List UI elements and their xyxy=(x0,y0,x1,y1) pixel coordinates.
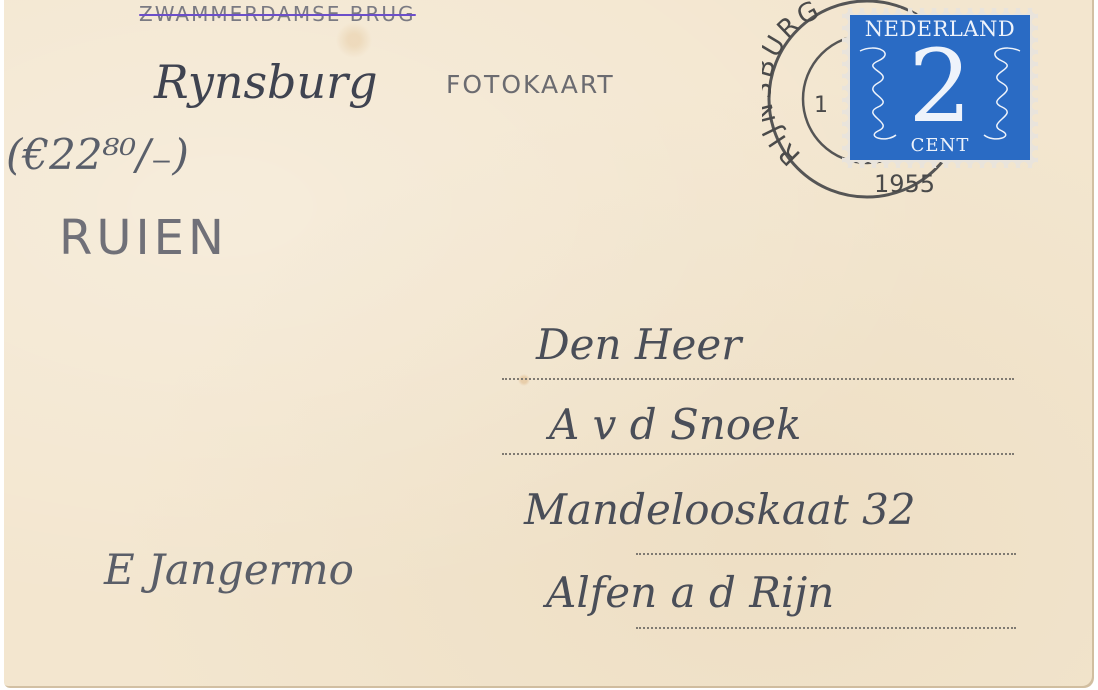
address-line-3: Mandelooskaat 32 xyxy=(524,485,916,534)
struck-title-note: ZWAMMERDAMSE BRUG xyxy=(139,2,416,26)
address-rule-2 xyxy=(502,453,1014,455)
postmark-date: 1 xyxy=(814,93,828,118)
stamp-right-flourish-icon xyxy=(980,43,1024,143)
stamp-unit: CENT xyxy=(850,135,1030,156)
price-note: (€22⁸⁰/₋) xyxy=(6,130,189,179)
postage-stamp: NEDERLAND 2 CENT xyxy=(850,15,1030,160)
address-line-4: Alfen a d Rijn xyxy=(546,568,834,617)
address-line-1: Den Heer xyxy=(536,320,741,369)
address-rule-1 xyxy=(502,378,1014,380)
sender-signature: E Jangermo xyxy=(104,545,354,594)
postmark-year: 1955 xyxy=(874,170,935,198)
address-rule-4 xyxy=(636,627,1016,629)
type-label-note: FOTOKAART xyxy=(446,70,615,99)
condition-note: RUIEN xyxy=(59,210,228,266)
place-note: Rynsburg xyxy=(154,55,378,109)
postcard-back: ZWAMMERDAMSE BRUG Rynsburg FOTOKAART (€2… xyxy=(4,0,1094,688)
address-line-2: A v d Snoek xyxy=(549,400,801,449)
address-rule-3 xyxy=(636,553,1016,555)
svg-text:RIJNSBURG: RIJNSBURG xyxy=(762,0,827,171)
postmark-town: RIJNSBURG xyxy=(762,0,827,171)
